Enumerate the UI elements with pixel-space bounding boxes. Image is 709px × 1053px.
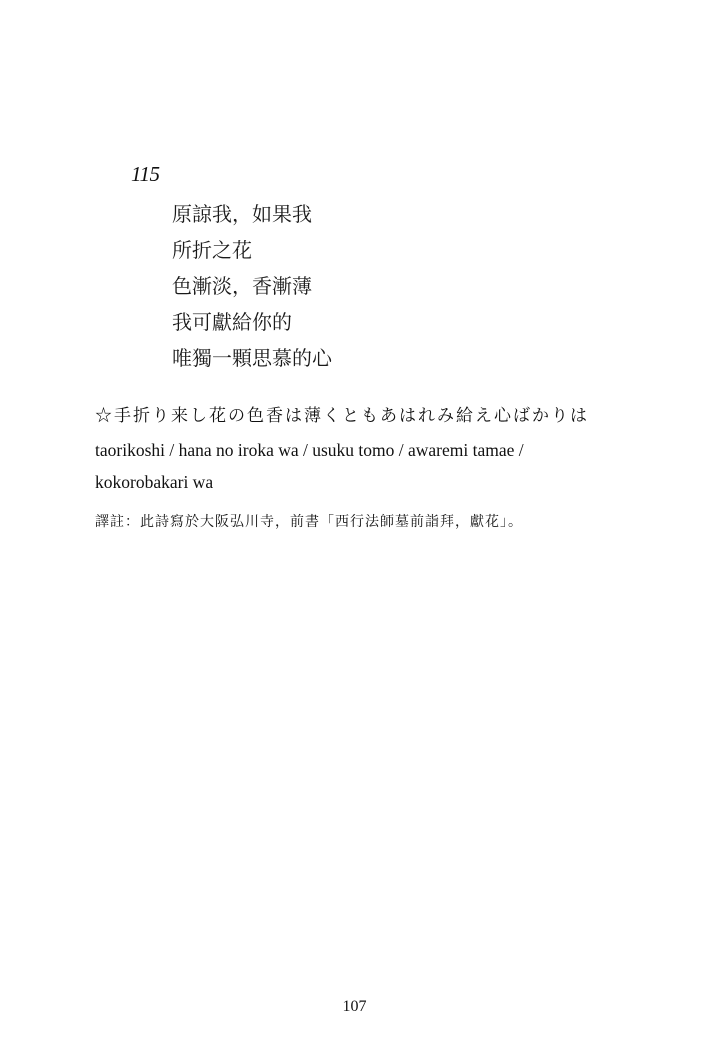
- poem-line: 我可獻給你的: [172, 304, 332, 340]
- poem-line: 原諒我，如果我: [172, 196, 332, 232]
- romaji-line: taorikoshi / hana no iroka wa / usuku to…: [95, 434, 635, 466]
- romaji-line: kokorobakari wa: [95, 466, 635, 498]
- poem-translation: 原諒我，如果我 所折之花 色漸淡，香漸薄 我可獻給你的 唯獨一顆思慕的心: [172, 196, 332, 376]
- poem-line: 所折之花: [172, 232, 332, 268]
- poem-line: 色漸淡，香漸薄: [172, 268, 332, 304]
- poem-number: 115: [131, 160, 159, 188]
- original-japanese-poem: ☆手折り来し花の色香は薄くともあはれみ給え心ばかりは: [95, 400, 635, 432]
- romaji-transliteration: taorikoshi / hana no iroka wa / usuku to…: [95, 434, 635, 498]
- document-page: 115 原諒我，如果我 所折之花 色漸淡，香漸薄 我可獻給你的 唯獨一顆思慕的心…: [0, 0, 709, 1053]
- poem-line: 唯獨一顆思慕的心: [172, 340, 332, 376]
- page-number: 107: [0, 996, 709, 1018]
- translator-note: 譯註：此詩寫於大阪弘川寺，前書「西行法師墓前詣拜，獻花」。: [95, 510, 523, 534]
